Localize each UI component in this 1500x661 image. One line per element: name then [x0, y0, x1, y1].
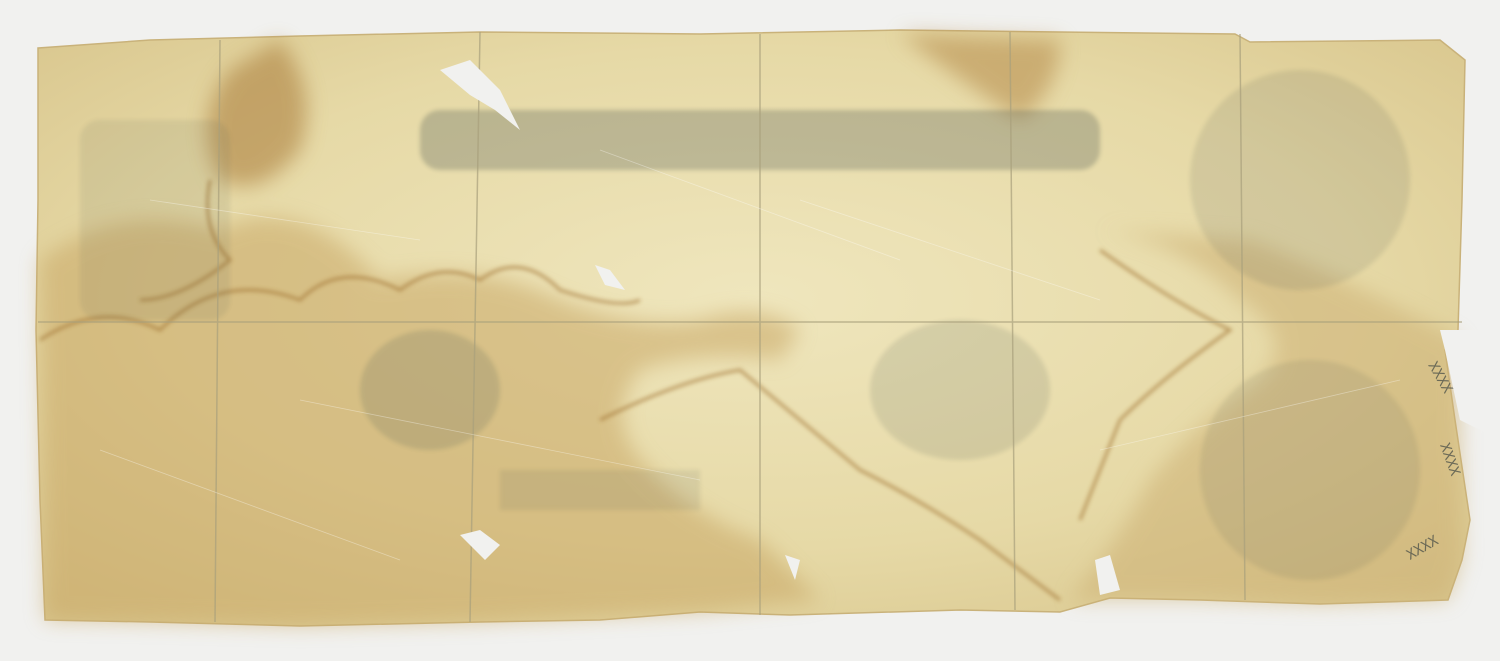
banknote-photo: XXXX XXXX XXXX: [0, 0, 1500, 661]
photo-stage: XXXX XXXX XXXX: [0, 0, 1500, 661]
